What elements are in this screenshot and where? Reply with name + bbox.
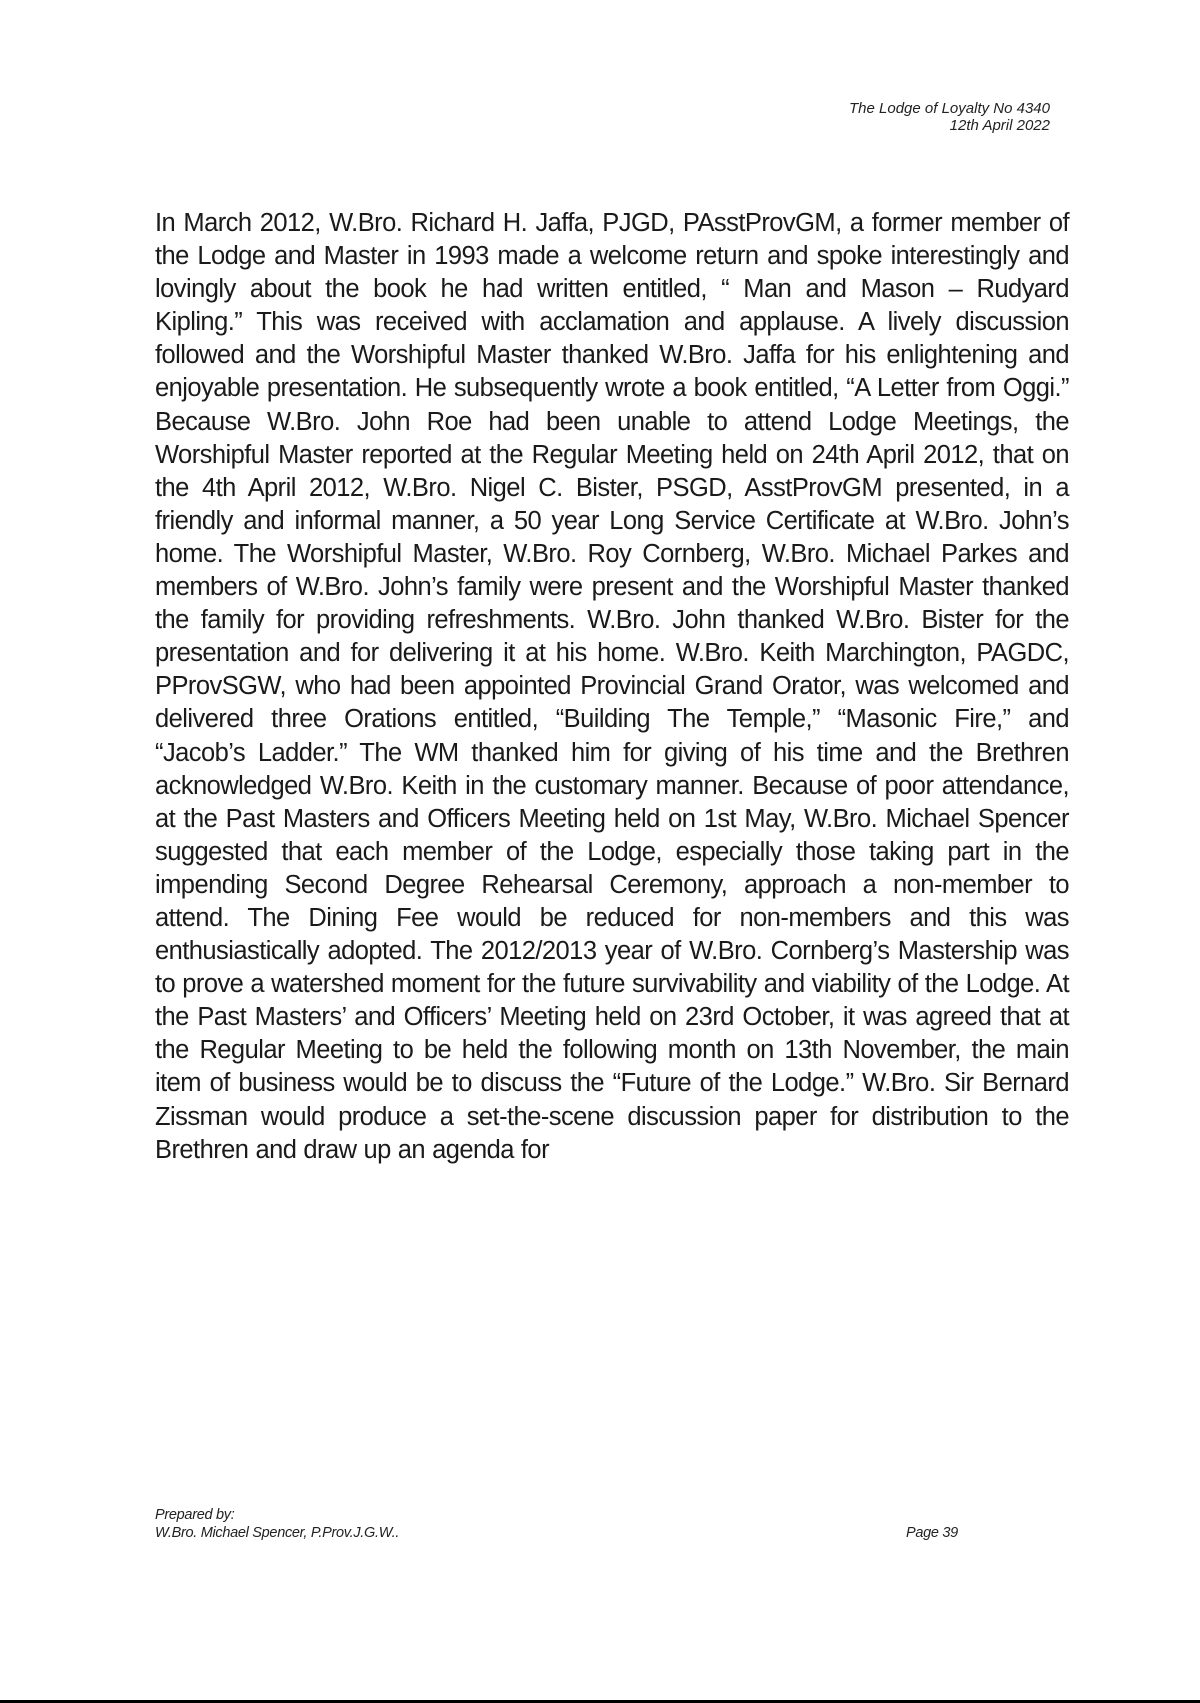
prepared-by-label: Prepared by:	[155, 1506, 399, 1524]
page-header: The Lodge of Loyalty No 4340 12th April …	[780, 100, 1050, 134]
body-paragraph: In March 2012, W.Bro. Richard H. Jaffa, …	[155, 207, 1069, 1167]
page-number: Page 39	[906, 1524, 958, 1542]
footer-prepared-by: Prepared by: W.Bro. Michael Spencer, P.P…	[155, 1506, 399, 1542]
lodge-title: The Lodge of Loyalty No 4340	[780, 100, 1050, 117]
header-date: 12th April 2022	[780, 117, 1050, 134]
prepared-by-name: W.Bro. Michael Spencer, P.Prov.J.G.W..	[155, 1524, 399, 1542]
